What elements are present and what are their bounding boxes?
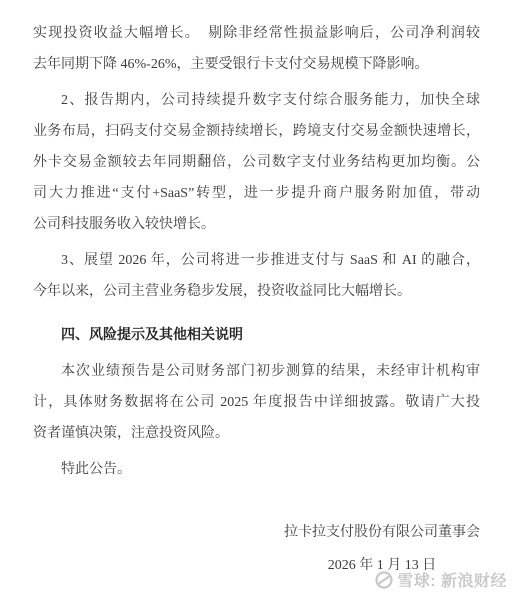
document-body: 实现投资收益大幅增长。 剔除非经常性损益影响后，公司净利润较去年同期下降 46%… <box>33 18 480 485</box>
xueqiu-snowball-icon <box>374 570 394 590</box>
announcement-document: 实现投资收益大幅增长。 剔除非经常性损益影响后，公司净利润较去年同期下降 46%… <box>0 0 513 581</box>
document-line: 业务布局，扫码支付交易金额持续增长，跨境支付交易金额快速增长， <box>33 116 480 147</box>
document-line: 资者谨慎决策，注意投资风险。 <box>33 418 480 449</box>
document-line: 计，具体财务数据将在公司 2025 年度报告中详细披露。敬请广大投 <box>33 387 480 418</box>
document-line: 去年同期下降 46%-26%，主要受银行卡支付交易规模下降影响。 <box>33 49 480 80</box>
document-line: 公司科技服务收入较快增长。 <box>33 209 480 240</box>
watermark: 雪球: 新浪财经 <box>374 568 507 591</box>
document-line: 本次业绩预告是公司财务部门初步测算的结果，未经审计机构审 <box>33 356 480 387</box>
document-line: 司大力推进“支付+SaaS”转型，进一步提升商户服务附加值，带动 <box>33 178 480 209</box>
document-line: 实现投资收益大幅增长。 剔除非经常性损益影响后，公司净利润较 <box>33 18 480 49</box>
document-line: 3、展望 2026 年，公司将进一步推进支付与 SaaS 和 AI 的融合， <box>33 245 480 276</box>
announcement-page: 实现投资收益大幅增长。 剔除非经常性损益影响后，公司净利润较去年同期下降 46%… <box>0 0 513 594</box>
document-line: 特此公告。 <box>33 454 480 485</box>
document-line: 今年以来，公司主营业务稳步发展，投资收益同比大幅增长。 <box>33 276 480 307</box>
company-signature: 拉卡拉支付股份有限公司董事会 <box>284 517 480 548</box>
watermark-label: 雪球: 新浪财经 <box>397 568 507 591</box>
section-heading: 四、风险提示及其他相关说明 <box>33 320 480 351</box>
document-line: 外卡交易金额较去年同期翻倍，公司数字支付业务结构更加均衡。公 <box>33 147 480 178</box>
document-line: 2、报告期内，公司持续提升数字支付综合服务能力，加快全球 <box>33 85 480 116</box>
